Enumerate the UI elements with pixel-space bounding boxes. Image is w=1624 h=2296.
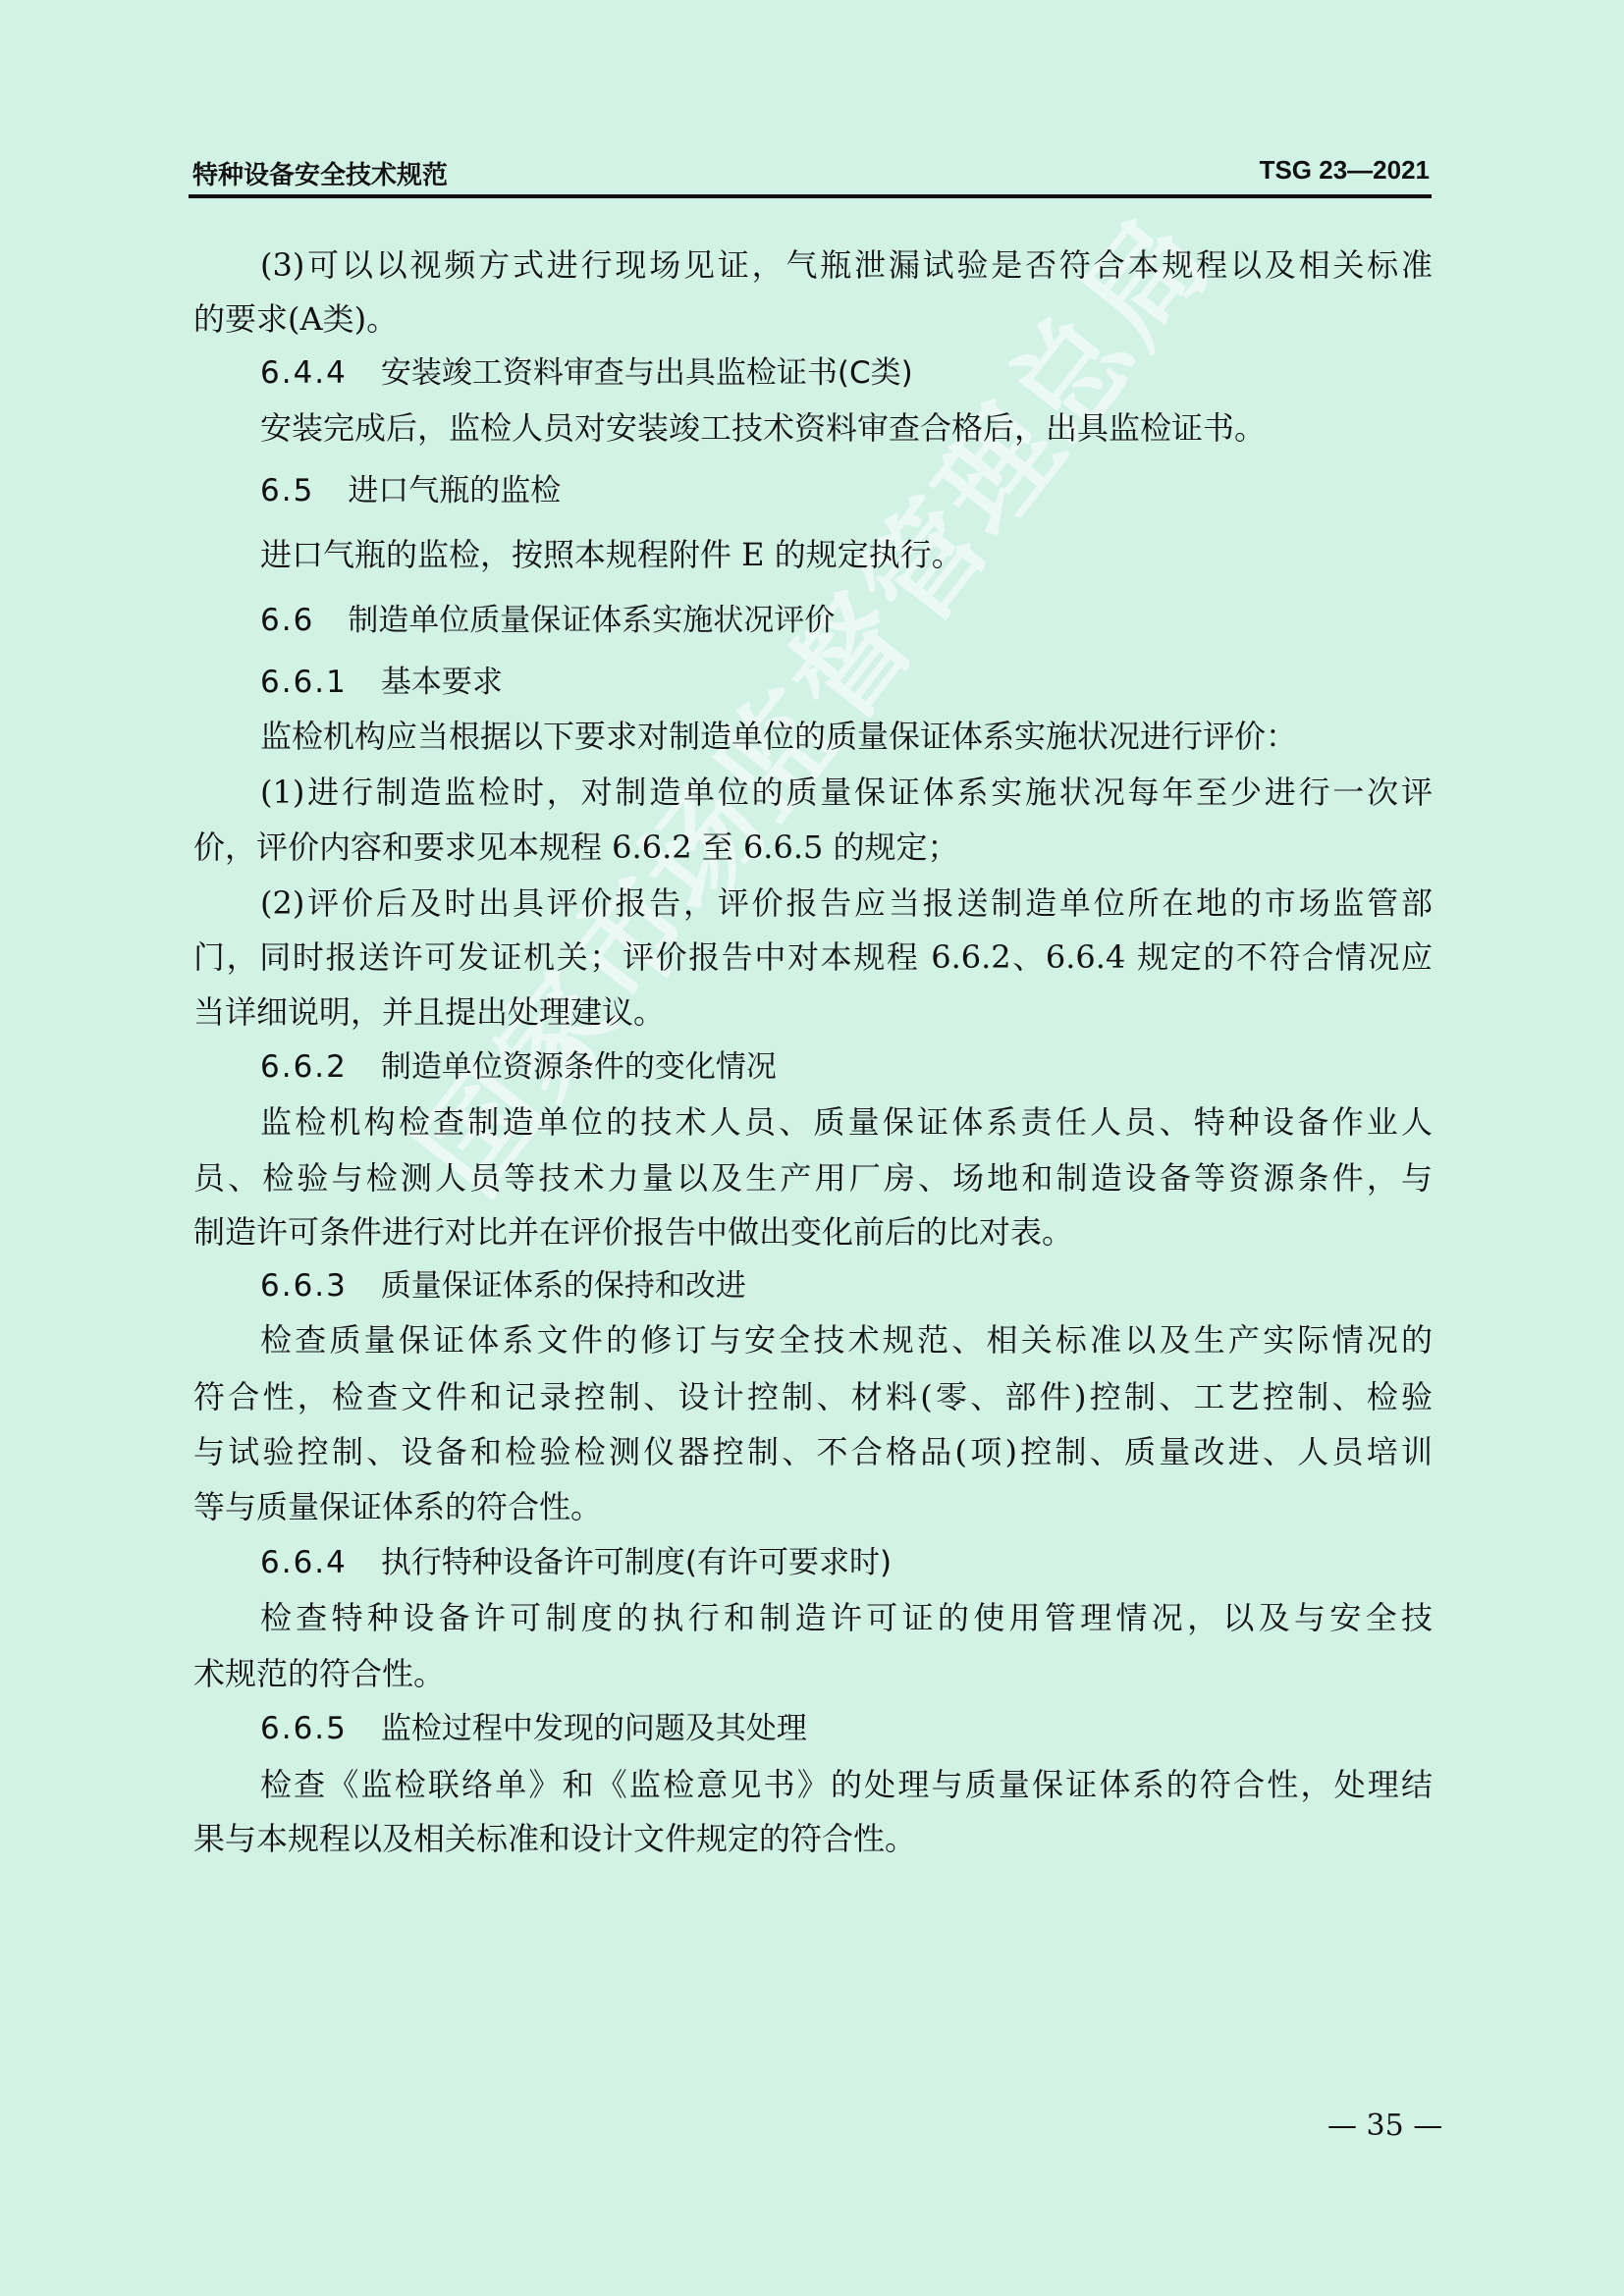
header-title: 特种设备安全技术规范 [192,155,448,191]
paragraph-line: (3)可以以视频方式进行现场见证，气瓶泄漏试验是否符合本规程以及相关标准 [260,245,1433,285]
section-heading-6-6-2: 6.6.2制造单位资源条件的变化情况 [260,1047,777,1087]
paragraph-line: 与试验控制、设备和检验检测仪器控制、不合格品(项)控制、质量改进、人员培训 [193,1432,1433,1471]
paragraph-line: 检查特种设备许可制度的执行和制造许可证的使用管理情况，以及与安全技 [260,1598,1433,1637]
section-heading-6-5: 6.5进口气瓶的监检 [260,471,561,510]
paragraph-line: (1)进行制造监检时，对制造单位的质量保证体系实施状况每年至少进行一次评 [260,773,1433,812]
section-title: 制造单位资源条件的变化情况 [381,1049,777,1085]
section-heading-6-6-1: 6.6.1基本要求 [260,663,503,702]
paragraph-line: 监检机构应当根据以下要求对制造单位的质量保证体系实施状况进行评价： [260,717,1297,756]
header-standard-code: TSG 23—2021 [1260,155,1430,186]
section-number: 6.6.2 [260,1047,348,1087]
section-title: 执行特种设备许可制度(有许可要求时) [381,1545,892,1580]
section-title: 监检过程中发现的问题及其处理 [381,1711,807,1746]
section-title: 安装竣工资料审查与出具监检证书(C类) [381,355,913,391]
section-number: 6.4.4 [260,353,348,393]
paragraph-line: 价，评价内容和要求见本规程 6.6.2 至 6.6.5 的规定； [193,828,959,867]
paragraph-line: 果与本规程以及相关标准和设计文件规定的符合性。 [193,1819,916,1858]
section-title: 进口气瓶的监检 [348,473,561,508]
paragraph-line: 制造许可条件进行对比并在评价报告中做出变化前后的比对表。 [193,1212,1073,1252]
section-heading-6-6-5: 6.6.5监检过程中发现的问题及其处理 [260,1709,807,1748]
paragraph-line: 安装完成后，监检人员对安装竣工技术资料审查合格后，出具监检证书。 [260,408,1266,448]
paragraph-line: 检查质量保证体系文件的修订与安全技术规范、相关标准以及生产实际情况的 [260,1320,1433,1360]
section-number: 6.6.1 [260,663,348,702]
paragraph-line: 术规范的符合性。 [193,1654,445,1693]
section-number: 6.6.4 [260,1543,348,1582]
paragraph-line: 检查《监检联络单》和《监检意见书》的处理与质量保证体系的符合性，处理结 [260,1765,1433,1804]
paragraph-line: 监检机构检查制造单位的技术人员、质量保证体系责任人员、特种设备作业人 [260,1102,1433,1142]
section-number: 6.6 [260,601,314,640]
section-title: 质量保证体系的保持和改进 [381,1268,746,1304]
section-heading-6-6: 6.6制造单位质量保证体系实施状况评价 [260,601,835,640]
section-number: 6.6.5 [260,1709,348,1748]
page-number: — 35 — [1327,2109,1442,2143]
section-title: 制造单位质量保证体系实施状况评价 [348,603,835,638]
paragraph-line: 等与质量保证体系的符合性。 [193,1487,602,1526]
paragraph-line: 的要求(A类)。 [193,299,398,339]
paragraph-line: 符合性，检查文件和记录控制、设计控制、材料(零、部件)控制、工艺控制、检验 [193,1377,1433,1416]
paragraph-line: (2)评价后及时出具评价报告，评价报告应当报送制造单位所在地的市场监管部 [260,883,1433,923]
paragraph-line: 员、检验与检测人员等技术力量以及生产用厂房、场地和制造设备等资源条件，与 [193,1158,1433,1198]
paragraph-line: 门，同时报送许可发证机关；评价报告中对本规程 6.6.2、6.6.4 规定的不符… [193,937,1433,977]
section-heading-6-6-3: 6.6.3质量保证体系的保持和改进 [260,1266,746,1306]
section-heading-6-6-4: 6.6.4执行特种设备许可制度(有许可要求时) [260,1543,892,1582]
running-header: 特种设备安全技术规范 TSG 23—2021 [189,153,1432,198]
paragraph-line: 当详细说明，并且提出处理建议。 [193,992,665,1032]
section-title: 基本要求 [381,665,503,700]
section-number: 6.5 [260,471,314,510]
section-number: 6.6.3 [260,1266,348,1306]
paragraph-line: 进口气瓶的监检，按照本规程附件 E 的规定执行。 [260,535,963,574]
section-heading-6-4-4: 6.4.4安装竣工资料审查与出具监检证书(C类) [260,353,913,393]
